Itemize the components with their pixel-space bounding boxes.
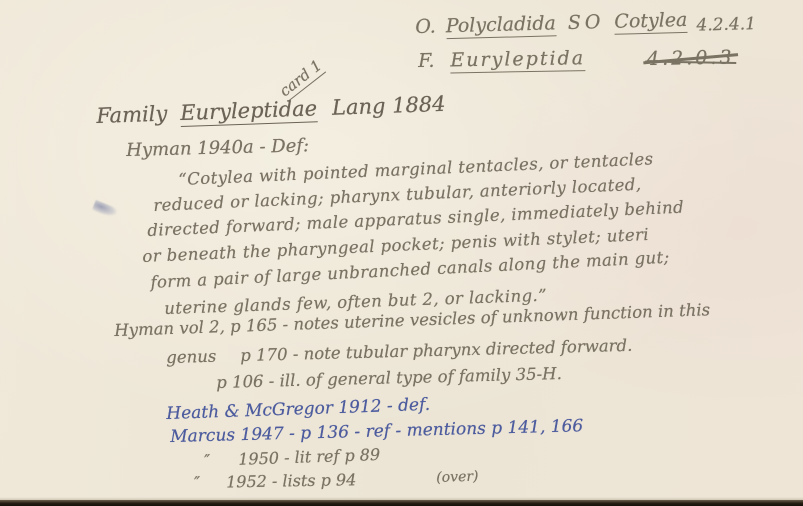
- order-name: Polycladida: [446, 12, 557, 39]
- crossed-out-code: 4.2.0.3: [647, 46, 735, 70]
- pencil-reference-line: ″1952 - lists p 94: [194, 470, 356, 492]
- note-p170-line: genusp 170 - note tubular pharynx direct…: [166, 336, 633, 367]
- note-p170-text: p 170 - note tubular pharynx directed fo…: [240, 336, 633, 365]
- heading-line: FamilyEuryleptidaeLang 1884: [96, 92, 446, 128]
- index-card-scan: O.PolycladidaSOCotylea4.2.4.1 F.Eurylept…: [0, 0, 803, 506]
- definition-ref-line: Hyman 1940a - Def:: [126, 135, 309, 161]
- heading-authority: Lang 1884: [332, 92, 446, 120]
- ditto-mark: ″: [204, 451, 211, 470]
- pencil-reference-text: 1950 - lit ref p 89: [238, 445, 380, 469]
- family-prefix: F.: [418, 50, 435, 72]
- order-prefix: O.: [415, 15, 436, 38]
- note-genus-lead: genus: [166, 347, 217, 367]
- pencil-reference-line: ″1950 - lit ref p 89: [204, 445, 380, 470]
- pencil-reference-text: 1952 - lists p 94: [226, 470, 356, 491]
- suborder-name: Cotylea: [614, 9, 688, 35]
- ink-smudge-mark: [92, 200, 118, 219]
- family-name: Euryleptida: [450, 47, 585, 73]
- ink-reference-line: Heath & McGregor 1912 - def.: [166, 395, 430, 424]
- ditto-mark: ″: [194, 473, 200, 492]
- heading-taxon-name: Euryleptidae: [180, 96, 318, 127]
- family-classification-line: F.Euryleptida4.2.0.3: [418, 44, 735, 72]
- order-classification-line: O.PolycladidaSOCotylea4.2.4.1: [415, 7, 756, 38]
- heading-rank: Family: [96, 102, 168, 128]
- card-bottom-edge: [0, 500, 803, 506]
- classification-code: 4.2.4.1: [696, 14, 756, 36]
- card-number-annotation: card 1: [276, 56, 326, 102]
- note-p106-line: p 106 - ill. of general type of family 3…: [216, 364, 562, 392]
- over-note: (over): [436, 469, 479, 486]
- suborder-abbrev: SO: [568, 11, 605, 34]
